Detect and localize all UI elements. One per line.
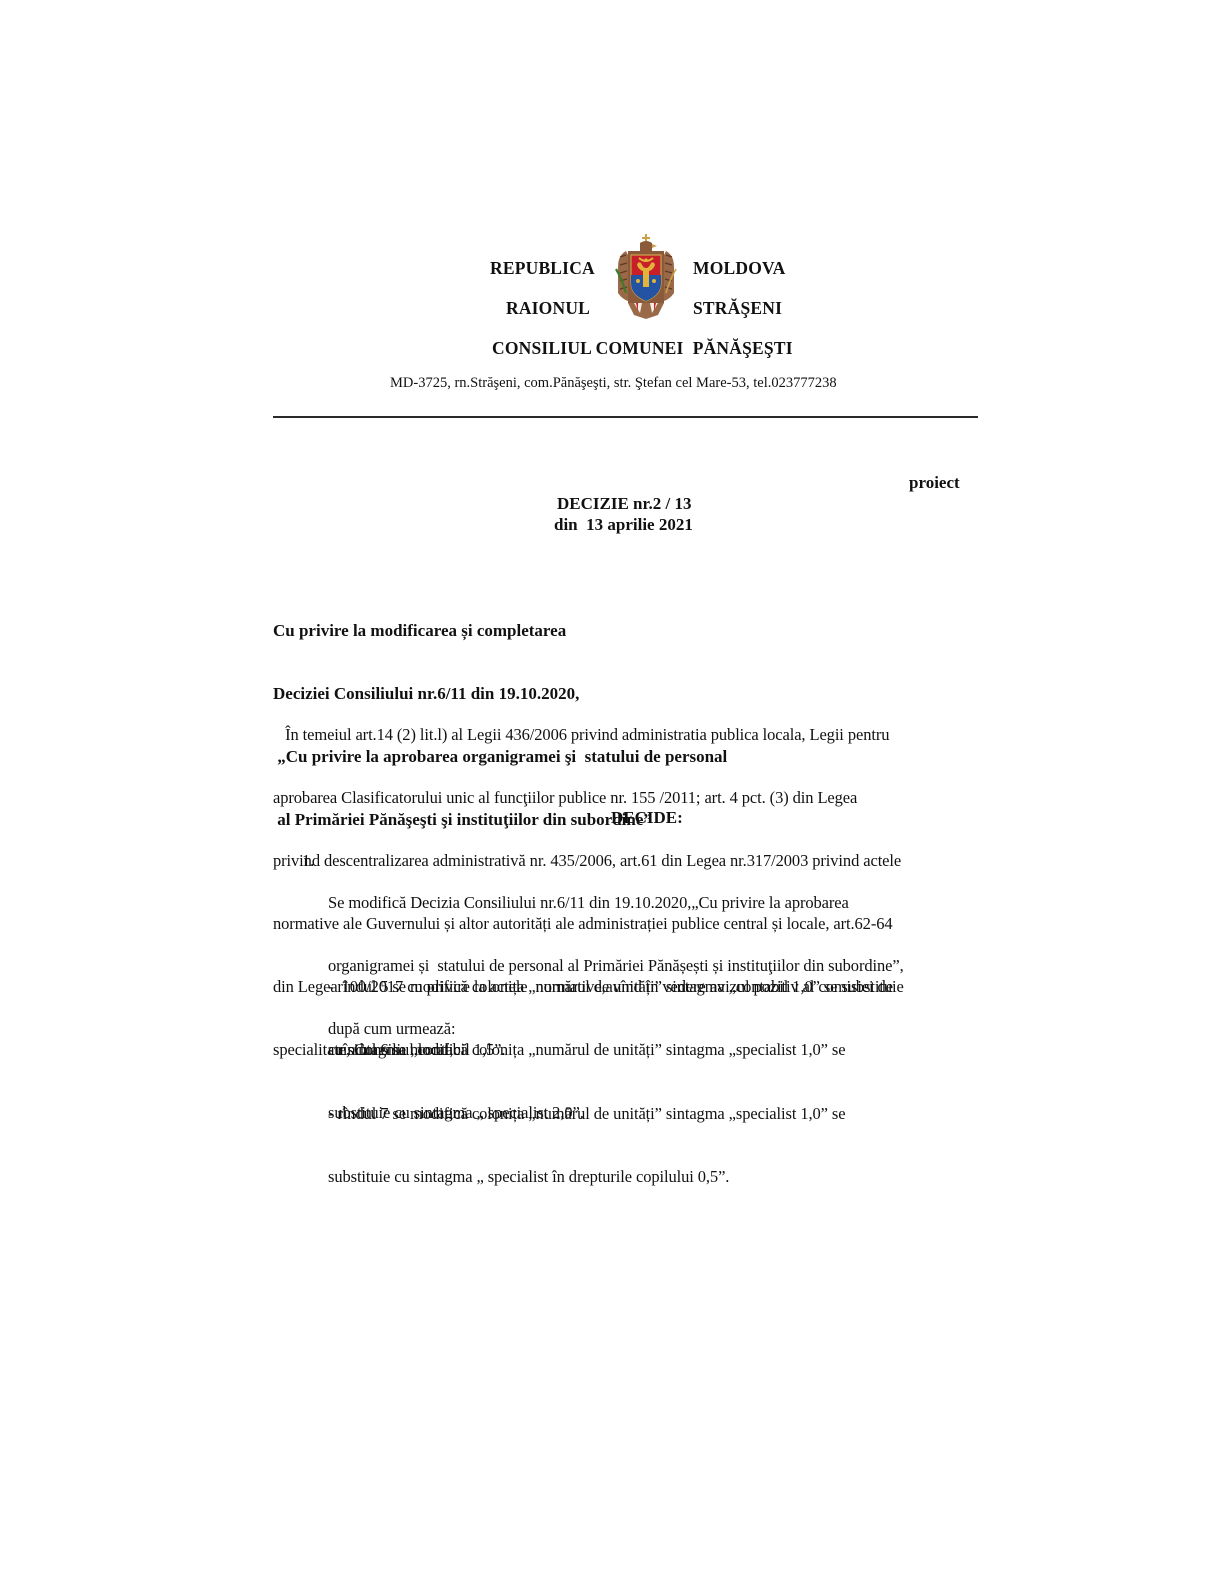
document-date: din 13 aprilie 2021	[554, 515, 693, 535]
document-title: DECIZIE nr.2 / 13	[557, 494, 691, 514]
header-address: MD-3725, rn.Străşeni, com.Pănăşeşti, str…	[390, 375, 837, 392]
item-number: 1.	[302, 850, 314, 871]
header-district-left: RAIONUL	[506, 298, 590, 319]
amendment-line: - rîndul 5 se modifică colonița „numărul…	[328, 976, 904, 997]
decide-heading: DECIDE:	[611, 808, 683, 828]
amendment-line: - rîndul 7 se modifică colonița „numărul…	[328, 1103, 845, 1124]
header-divider	[273, 416, 978, 418]
amendment-line: - rîndul 6 se modifică colonița „numărul…	[328, 1039, 845, 1060]
amendment-line: substituie cu sintagma „ specialist în d…	[328, 1166, 845, 1187]
item-line: Se modifică Decizia Consiliului nr.6/11 …	[328, 892, 904, 913]
document-status: proiect	[909, 473, 960, 493]
amendment-row-7: - rîndul 7 se modifică colonița „numărul…	[328, 1061, 845, 1208]
preamble-line: În temeiul art.14 (2) lit.l) al Legii 43…	[273, 724, 901, 745]
preamble-line: aprobarea Clasificatorului unic al funcţ…	[273, 787, 901, 808]
subject-line: Cu privire la modificarea și completarea	[273, 620, 727, 641]
moldova-coat-of-arms-icon	[612, 233, 680, 321]
header-council-name: CONSILIUL COMUNEI PĂNĂŞEŞTI	[492, 338, 793, 359]
header-country-left: REPUBLICA	[490, 258, 595, 279]
header-country-right: MOLDOVA	[693, 258, 785, 279]
header-district-right: STRĂŞENI	[693, 298, 782, 319]
